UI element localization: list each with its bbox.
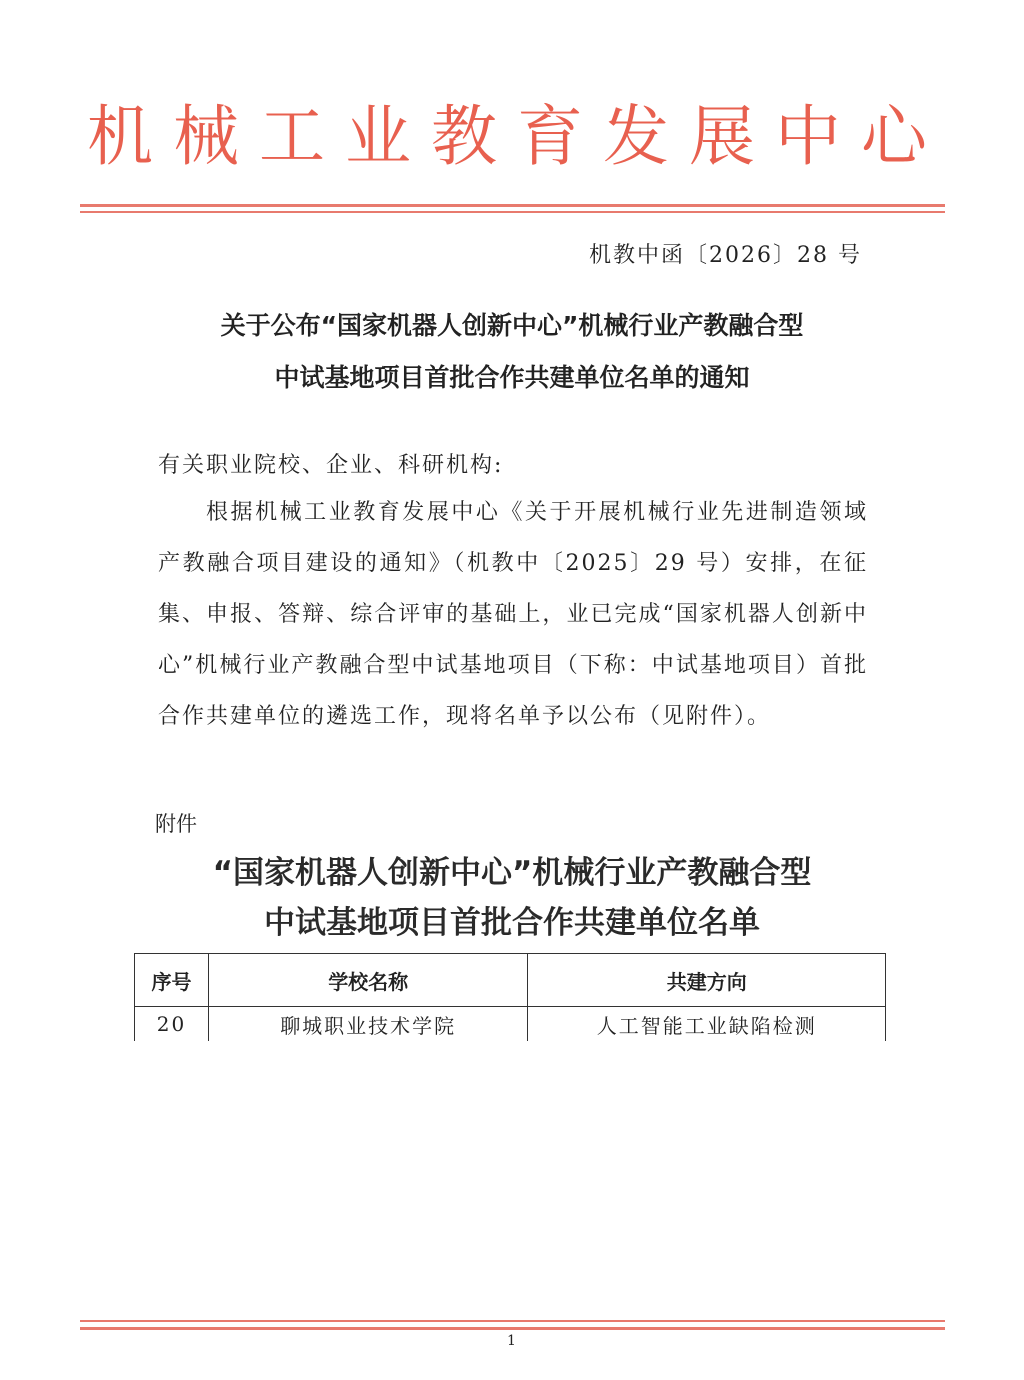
footer-divider-top [80,1320,945,1322]
table-row: 20 聊城职业技术学院 人工智能工业缺陷检测 [135,1007,886,1042]
column-header-index: 序号 [135,954,209,1007]
cell-index: 20 [135,1007,209,1042]
column-header-school: 学校名称 [208,954,528,1007]
organization-masthead: 机械工业教育发展中心 [0,92,1024,182]
footer-divider-bottom [80,1327,945,1330]
page-number: 1 [507,1333,516,1349]
attachment-label: 附件 [155,808,197,838]
notice-paragraph: 根据机械工业教育发展中心《关于开展机械行业先进制造领域产教融合项目建设的通知》（… [158,487,868,742]
document-number: 机教中函〔2026〕28 号 [589,238,862,269]
attachment-title-line1: “国家机器人创新中心”机械行业产教融合型 [0,847,1024,892]
table-header-row: 序号 学校名称 共建方向 [135,954,886,1007]
cell-school: 聊城职业技术学院 [208,1007,528,1042]
notice-title-line2: 中试基地项目首批合作共建单位名单的通知 [0,358,1024,394]
salutation: 有关职业院校、企业、科研机构: [158,440,868,491]
header-divider-top [80,204,945,207]
notice-title-line1: 关于公布“国家机器人创新中心”机械行业产教融合型 [0,306,1024,342]
header-divider-bottom [80,211,945,213]
attachment-title-line2: 中试基地项目首批合作共建单位名单 [0,897,1024,942]
cell-direction: 人工智能工业缺陷检测 [528,1007,886,1042]
cooperation-units-table: 序号 学校名称 共建方向 20 聊城职业技术学院 人工智能工业缺陷检测 [134,953,886,1041]
column-header-direction: 共建方向 [528,954,886,1007]
